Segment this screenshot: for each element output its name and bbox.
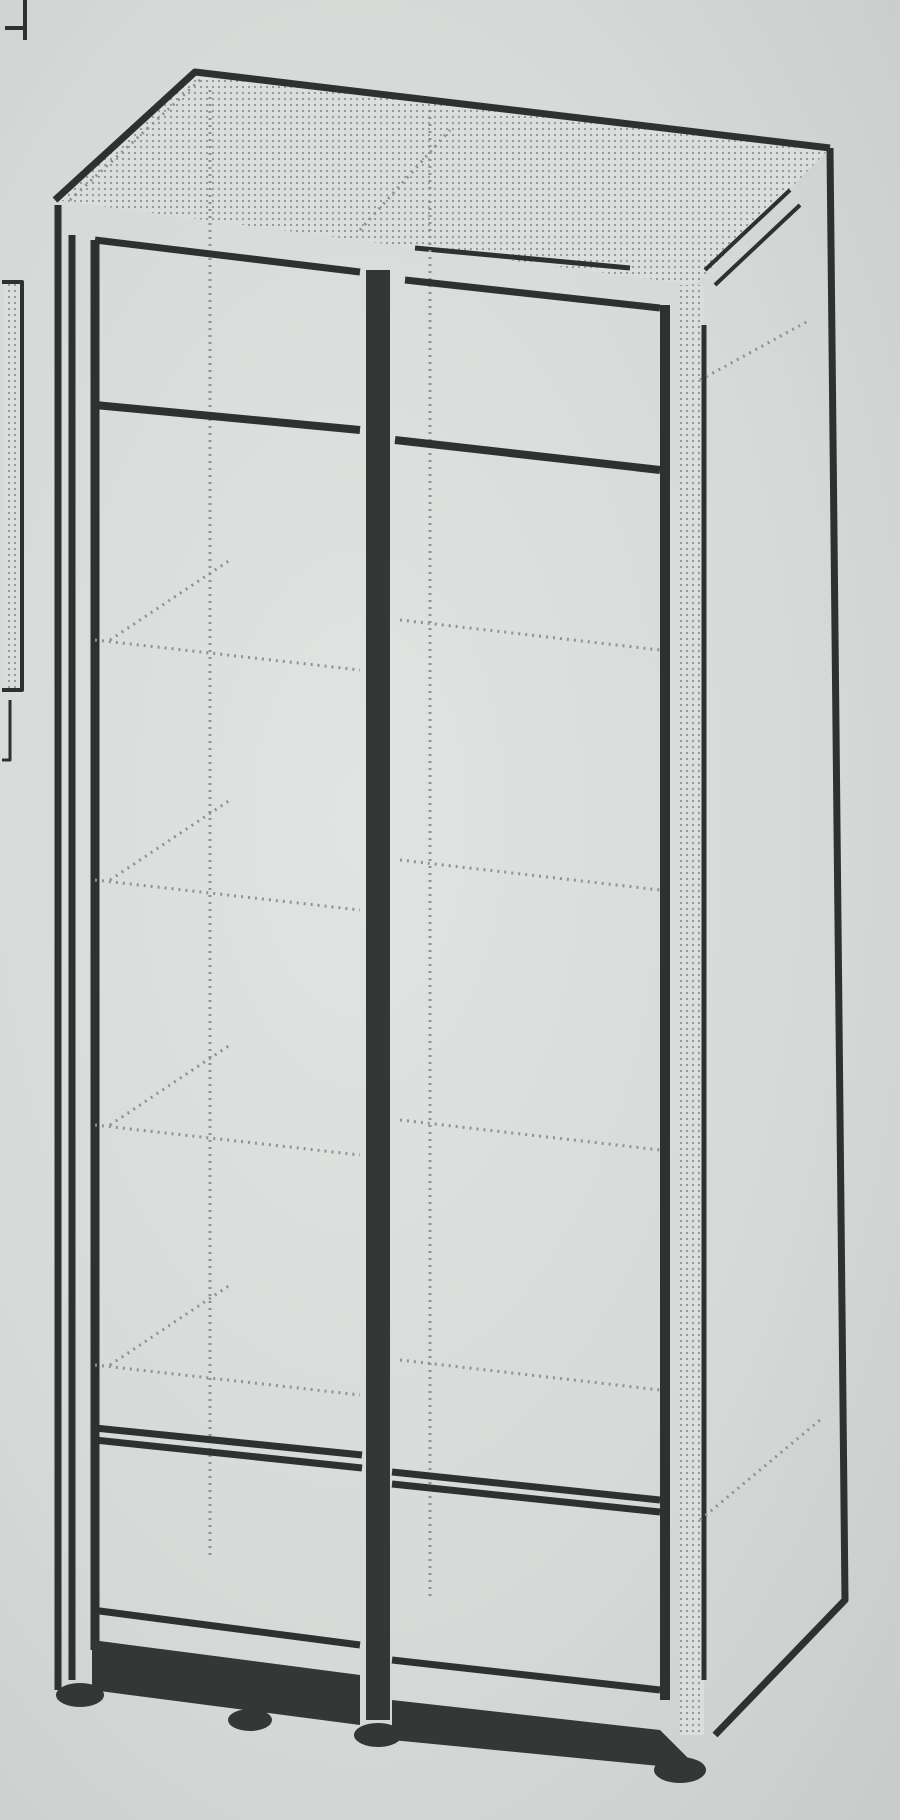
wardrobe-drawing bbox=[0, 0, 900, 1820]
center-divider bbox=[366, 270, 390, 1720]
top-panel bbox=[55, 72, 830, 1600]
plinth bbox=[92, 1640, 360, 1725]
side-panel-left bbox=[58, 205, 95, 1690]
side-panel-right bbox=[680, 148, 845, 1735]
side-fragment bbox=[2, 0, 25, 760]
diagram-page: Two-door wardrobe, isometric assembly dr… bbox=[0, 0, 900, 1820]
